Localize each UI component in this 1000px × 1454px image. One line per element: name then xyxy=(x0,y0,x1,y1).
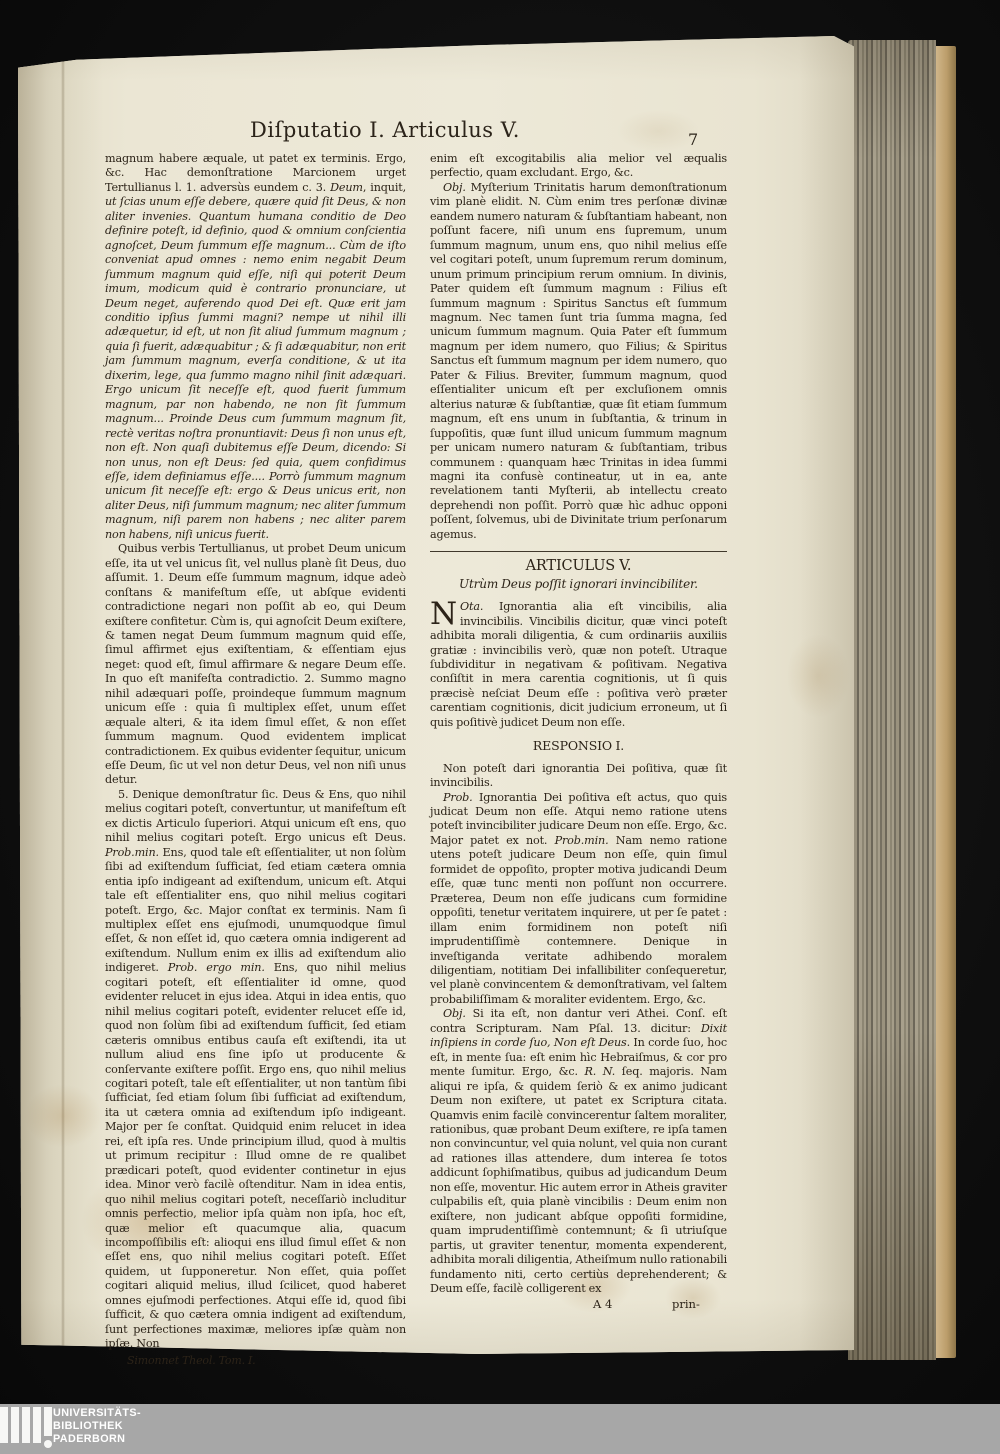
article-heading: ARTICULUS V. xyxy=(430,559,727,573)
book-cover-edge xyxy=(936,46,956,1358)
drop-cap: N xyxy=(430,600,460,627)
library-logo-icon xyxy=(0,1407,56,1453)
signature-row: A 4 prin- xyxy=(430,1297,727,1312)
tome-footnote: Simonnet Theol. Tom. I. xyxy=(105,1354,406,1368)
section-divider xyxy=(430,551,727,552)
library-logo-bar: UNIVERSITÄTS- BIBLIOTHEK PADERBORN xyxy=(0,1404,1000,1454)
logo-text-line: UNIVERSITÄTS- xyxy=(53,1407,141,1420)
signature-mark: A 4 xyxy=(593,1297,612,1311)
paragraph: enim eſt excogitabilis alia melior vel æ… xyxy=(430,152,727,181)
paragraph-nota: NOta. Ignorantia alia eſt vincibilis, al… xyxy=(430,600,727,730)
nota-text: Ota. Ignorantia alia eſt vincibilis, ali… xyxy=(430,600,727,729)
running-title: Diſputatio I. Articulus V. xyxy=(105,118,665,142)
responsio-heading: RESPONSIO I. xyxy=(430,739,727,753)
page-number: 7 xyxy=(688,130,698,149)
paragraph: Non poteſt dari ignorantia Dei poſitiva,… xyxy=(430,762,727,791)
logo-text-line: BIBLIOTHEK xyxy=(53,1420,141,1433)
logo-text-line: PADERBORN xyxy=(53,1433,141,1446)
left-column: magnum habere æquale, ut patet ex termin… xyxy=(105,152,406,1368)
catchword: prin- xyxy=(672,1297,700,1311)
library-logo-text: UNIVERSITÄTS- BIBLIOTHEK PADERBORN xyxy=(53,1407,141,1446)
book-fore-edge xyxy=(848,40,936,1360)
right-column: enim eſt excogitabilis alia melior vel æ… xyxy=(430,152,727,1312)
paragraph: Obj. Si ita eſt, non dantur veri Athei. … xyxy=(430,1007,727,1296)
paragraph: Quibus verbis Tertullianus, ut probet De… xyxy=(105,542,406,788)
paragraph: Obj. Myſterium Trinitatis harum demonſtr… xyxy=(430,181,727,542)
article-subheading: Utrùm Deus poſſit ignorari invincibilite… xyxy=(430,577,727,591)
paragraph: magnum habere æquale, ut patet ex termin… xyxy=(105,152,406,542)
paragraph: Prob. Ignorantia Dei poſitiva eſt actus,… xyxy=(430,791,727,1008)
paragraph: 5. Denique demonſtratur ſic. Deus & Ens,… xyxy=(105,788,406,1352)
